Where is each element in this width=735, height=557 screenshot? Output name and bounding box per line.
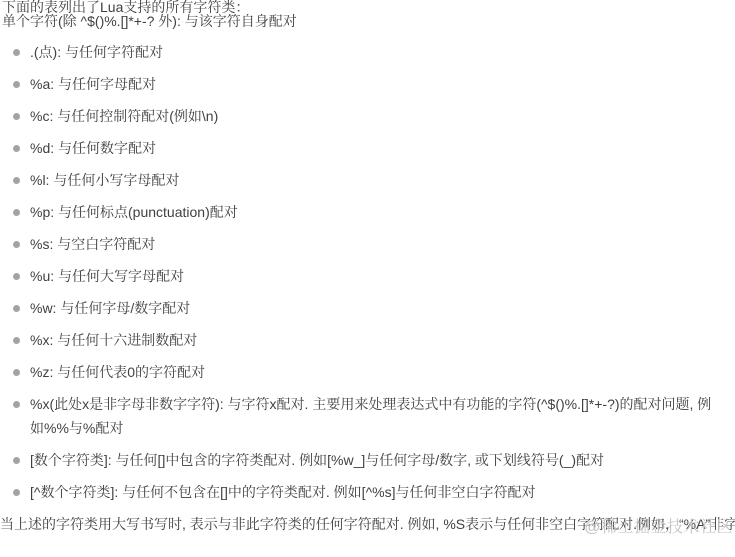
char-class-text: [数个字符类]: 与任何[]中包含的字符类配对. 例如[%w_]与任何字母/数字… <box>30 452 604 468</box>
char-class-item: %u: 与任何大写字母配对 <box>0 264 735 288</box>
char-class-text: %p: 与任何标点(punctuation)配对 <box>30 204 238 220</box>
char-class-item: %a: 与任何字母配对 <box>0 72 735 96</box>
char-class-item: %l: 与任何小写字母配对 <box>0 168 735 192</box>
bullet-icon <box>13 209 20 216</box>
char-class-text: %u: 与任何大写字母配对 <box>30 268 184 284</box>
char-class-text: [^数个字符类]: 与任何不包含在[]中的字符类配对. 例如[^%s]与任何非空… <box>30 484 535 500</box>
char-class-text: %c: 与任何控制符配对(例如\n) <box>30 108 218 124</box>
bullet-icon <box>13 113 20 120</box>
char-class-list: .(点): 与任何字符配对 %a: 与任何字母配对 %c: 与任何控制符配对(例… <box>0 40 735 504</box>
char-class-item: %w: 与任何字母/数字配对 <box>0 296 735 320</box>
bullet-icon <box>13 401 20 408</box>
char-class-text: %l: 与任何小写字母配对 <box>30 172 179 188</box>
footer-paragraph: 当上述的字符类用大写书写时, 表示与非此字符类的任何字符配对. 例如, %S表示… <box>0 512 735 536</box>
char-class-item: .(点): 与任何字符配对 <box>0 40 735 64</box>
bullet-icon <box>13 457 20 464</box>
char-class-item: %c: 与任何控制符配对(例如\n) <box>0 104 735 128</box>
char-class-text: %d: 与任何数字配对 <box>30 140 156 156</box>
char-class-item: %x(此处x是非字母非数字字符): 与字符x配对. 主要用来处理表达式中有功能的… <box>0 392 735 440</box>
bullet-icon <box>13 241 20 248</box>
bullet-icon <box>13 177 20 184</box>
char-class-text: %a: 与任何字母配对 <box>30 76 156 92</box>
char-class-text: %x: 与任何十六进制数配对 <box>30 332 197 348</box>
char-class-text: %s: 与空白字符配对 <box>30 236 155 252</box>
bullet-icon <box>13 305 20 312</box>
intro-paragraph-2: 单个字符(除 ^$()%.[]*+-? 外): 与该字符自身配对 <box>0 14 735 28</box>
char-class-item: %d: 与任何数字配对 <box>0 136 735 160</box>
char-class-item: %s: 与空白字符配对 <box>0 232 735 256</box>
char-class-item: %p: 与任何标点(punctuation)配对 <box>0 200 735 224</box>
char-class-item: %z: 与任何代表0的字符配对 <box>0 360 735 384</box>
char-class-item: %x: 与任何十六进制数配对 <box>0 328 735 352</box>
bullet-icon <box>13 49 20 56</box>
article-content: 下面的表列出了Lua支持的所有字符类： 单个字符(除 ^$()%.[]*+-? … <box>0 0 735 557</box>
char-class-text: %z: 与任何代表0的字符配对 <box>30 364 205 380</box>
intro-paragraph-1: 下面的表列出了Lua支持的所有字符类： <box>0 0 735 14</box>
bullet-icon <box>13 273 20 280</box>
bullet-icon <box>13 337 20 344</box>
bullet-icon <box>13 489 20 496</box>
char-class-text: .(点): 与任何字符配对 <box>30 44 163 60</box>
bullet-icon <box>13 145 20 152</box>
bullet-icon <box>13 369 20 376</box>
char-class-text: %w: 与任何字母/数字配对 <box>30 300 190 316</box>
char-class-item: [数个字符类]: 与任何[]中包含的字符类配对. 例如[%w_]与任何字母/数字… <box>0 448 735 472</box>
bullet-icon <box>13 81 20 88</box>
char-class-item: [^数个字符类]: 与任何不包含在[]中的字符类配对. 例如[^%s]与任何非空… <box>0 480 735 504</box>
char-class-text: %x(此处x是非字母非数字字符): 与字符x配对. 主要用来处理表达式中有功能的… <box>30 396 711 436</box>
